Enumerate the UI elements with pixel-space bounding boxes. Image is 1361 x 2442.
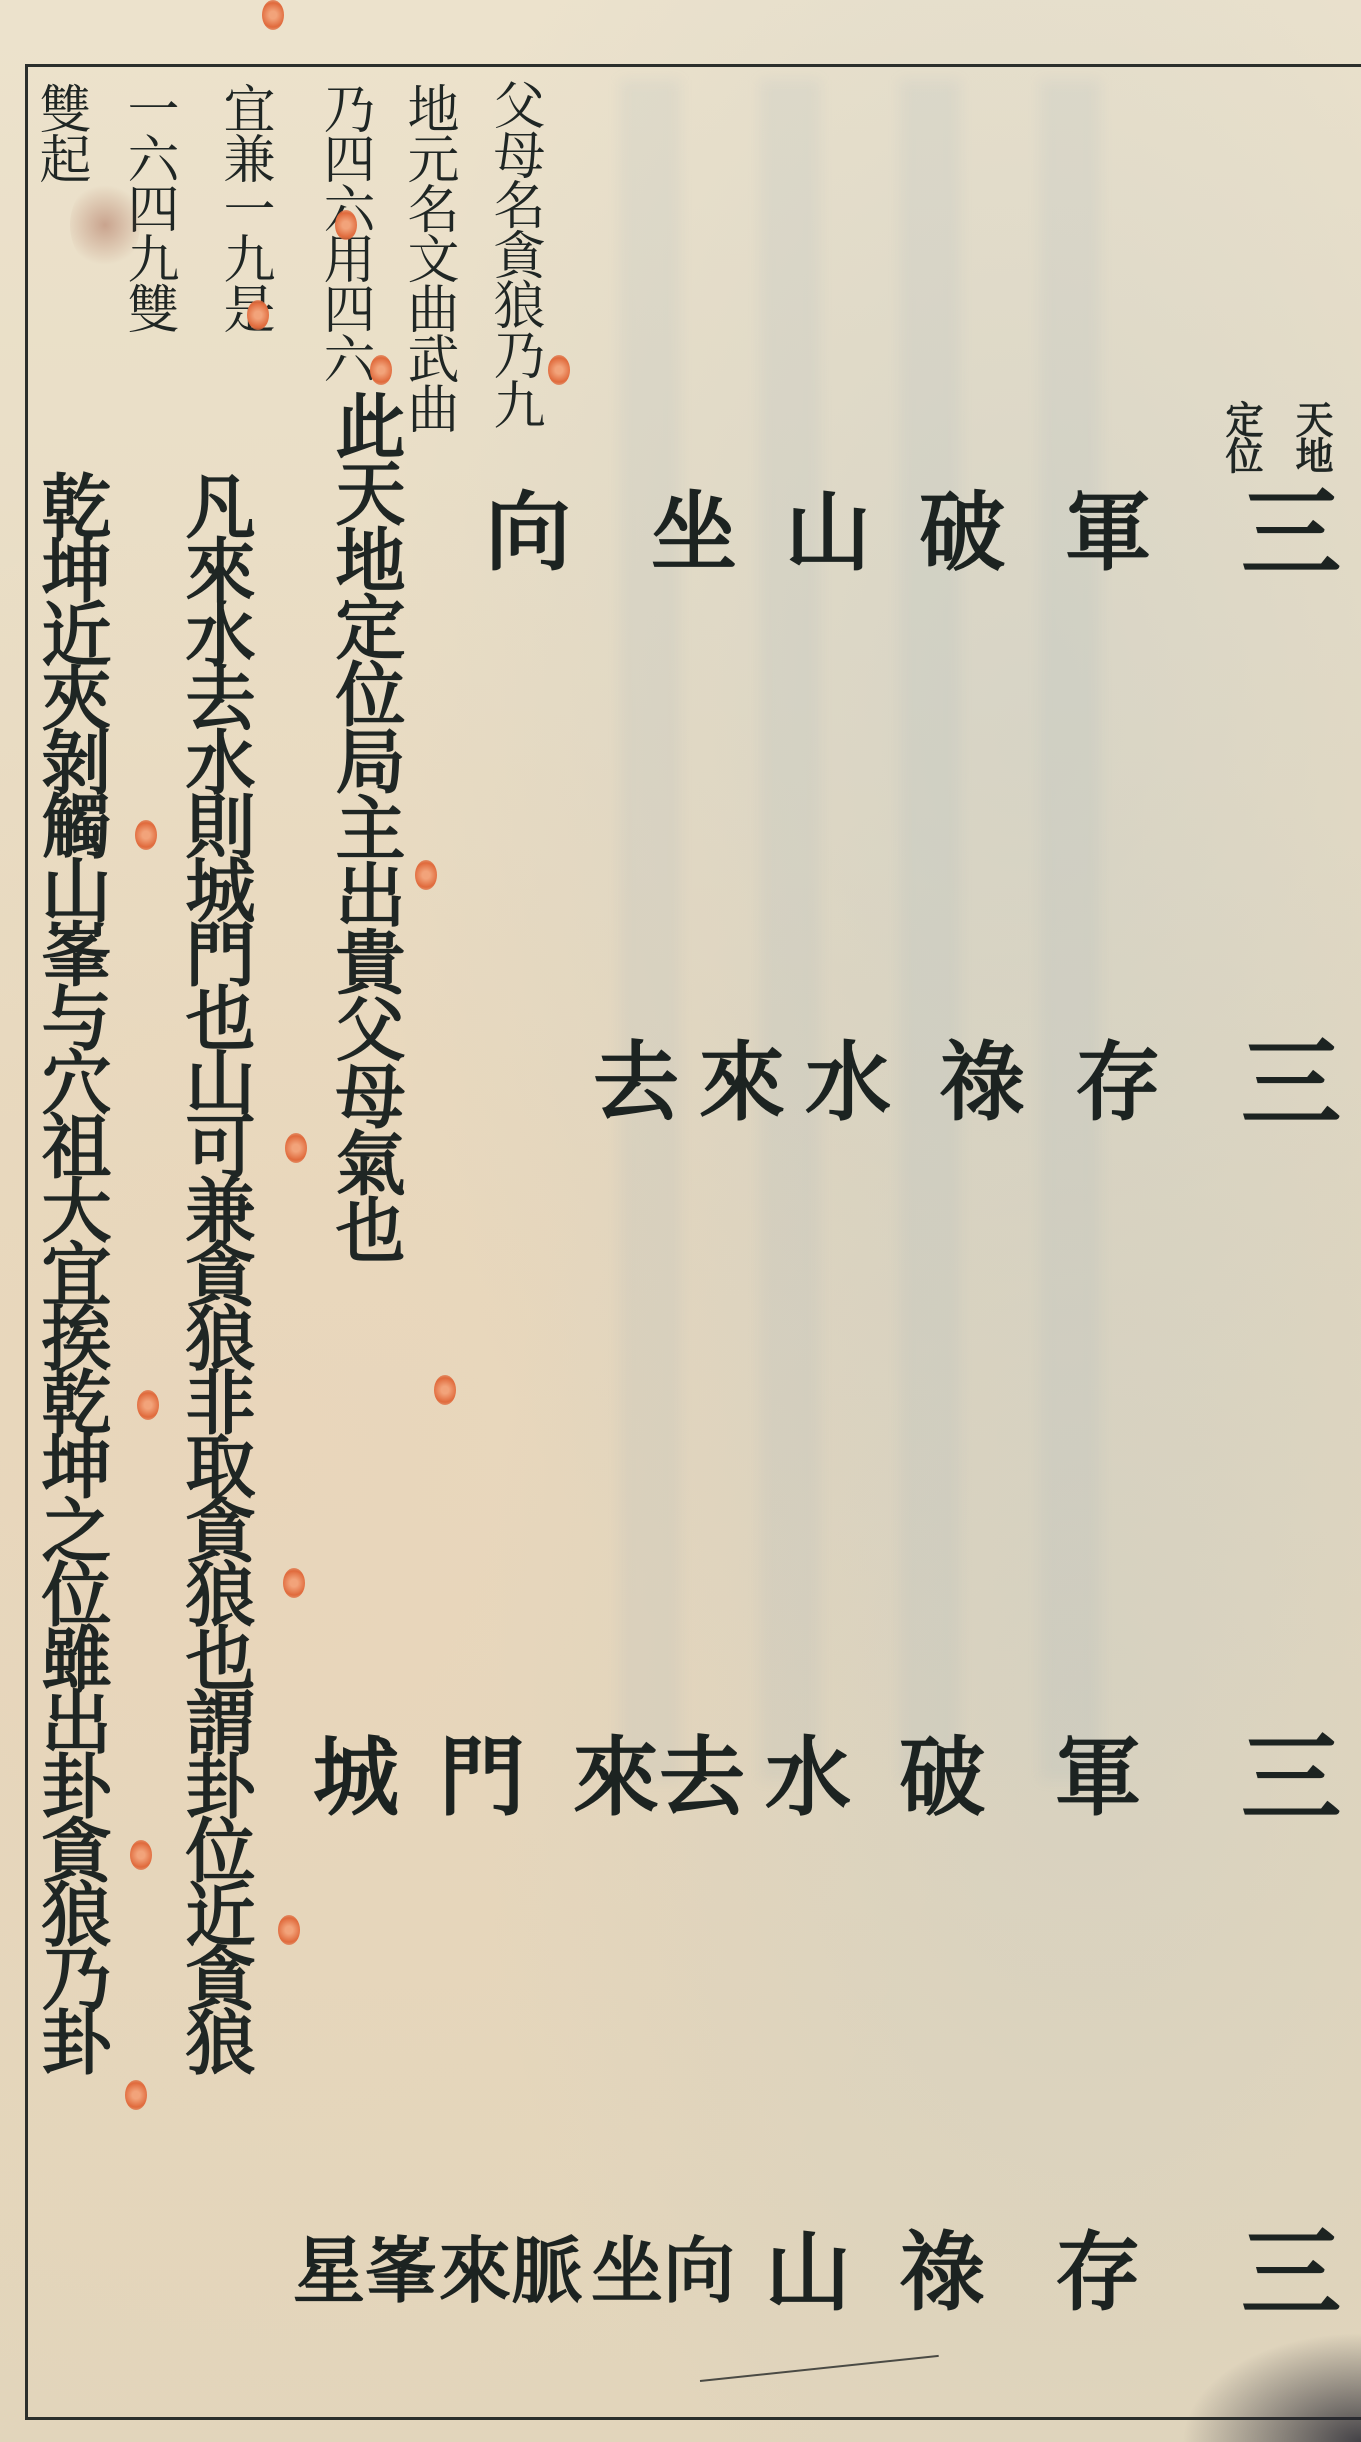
punctuation-mark [370, 355, 392, 385]
commentary-column-1: 此天地定位局主出貴父母氣也 [330, 390, 400, 1261]
row-cell: 坐 [651, 463, 737, 587]
table-row-1: 三 破軍 山 坐 向 [405, 470, 1341, 580]
commentary-column-3: 乾坤近夾剝觸山峯与穴祖大宜挨乾坤之位雖出卦貪狼乃卦 [36, 470, 106, 2070]
punctuation-mark [247, 300, 269, 330]
row-number: 三 [1241, 1698, 1341, 1842]
row-cell: 破軍 [919, 463, 1211, 587]
row-number: 三 [1241, 453, 1341, 597]
ink-smudge [70, 180, 140, 270]
row-cell: 坐向 [591, 2213, 735, 2317]
punctuation-mark [415, 860, 437, 890]
punctuation-mark [125, 2080, 147, 2110]
punctuation-mark [335, 210, 357, 240]
top-note-2: 地元名文曲武曲 [402, 82, 454, 432]
row-cell: 祿存 [899, 2203, 1211, 2327]
row-cell: 水 [805, 1013, 891, 1137]
row-cell: 來 [699, 1013, 785, 1137]
row-cell: 去 [593, 1013, 679, 1137]
commentary-column-2: 凡來水去水則城門也山可兼貪狼非取貪狼也謂卦位近貪狼 [180, 470, 250, 2070]
punctuation-mark [278, 1915, 300, 1945]
punctuation-mark [548, 355, 570, 385]
punctuation-mark [135, 820, 157, 850]
row-number: 三 [1241, 1003, 1341, 1147]
row-cell: 來去 [573, 1708, 745, 1832]
row-number: 三 [1241, 2193, 1341, 2337]
row-cell: 山 [785, 463, 871, 587]
table-row-2: 三 祿存 水 來 去 [533, 1020, 1341, 1130]
row-cell: 水 [765, 1708, 851, 1832]
punctuation-mark [262, 0, 284, 30]
top-note-4: 宜兼一九是 [218, 82, 270, 332]
top-note-1: 父母名貪狼乃九 [488, 78, 540, 428]
punctuation-mark [130, 1840, 152, 1870]
row-cell: 向 [485, 463, 571, 587]
punctuation-mark [434, 1375, 456, 1405]
top-note-6: 雙起 [34, 82, 86, 182]
row-cell: 城門 [313, 1708, 565, 1832]
punctuation-mark [137, 1390, 159, 1420]
row-cell: 來脈 [439, 2213, 583, 2317]
corner-shadow [1181, 2332, 1361, 2442]
table-row-3: 三 破軍 水 來去 城門 [273, 1715, 1341, 1825]
row-cell: 祿存 [939, 1013, 1211, 1137]
punctuation-mark [285, 1133, 307, 1163]
row-cell: 山 [765, 2203, 851, 2327]
punctuation-mark [283, 1568, 305, 1598]
row-cell: 星峯 [293, 2213, 437, 2317]
row-cell: 破軍 [899, 1708, 1211, 1832]
table-row-4: 三 祿存 山 坐向 來脈 星峯 [291, 2210, 1341, 2320]
